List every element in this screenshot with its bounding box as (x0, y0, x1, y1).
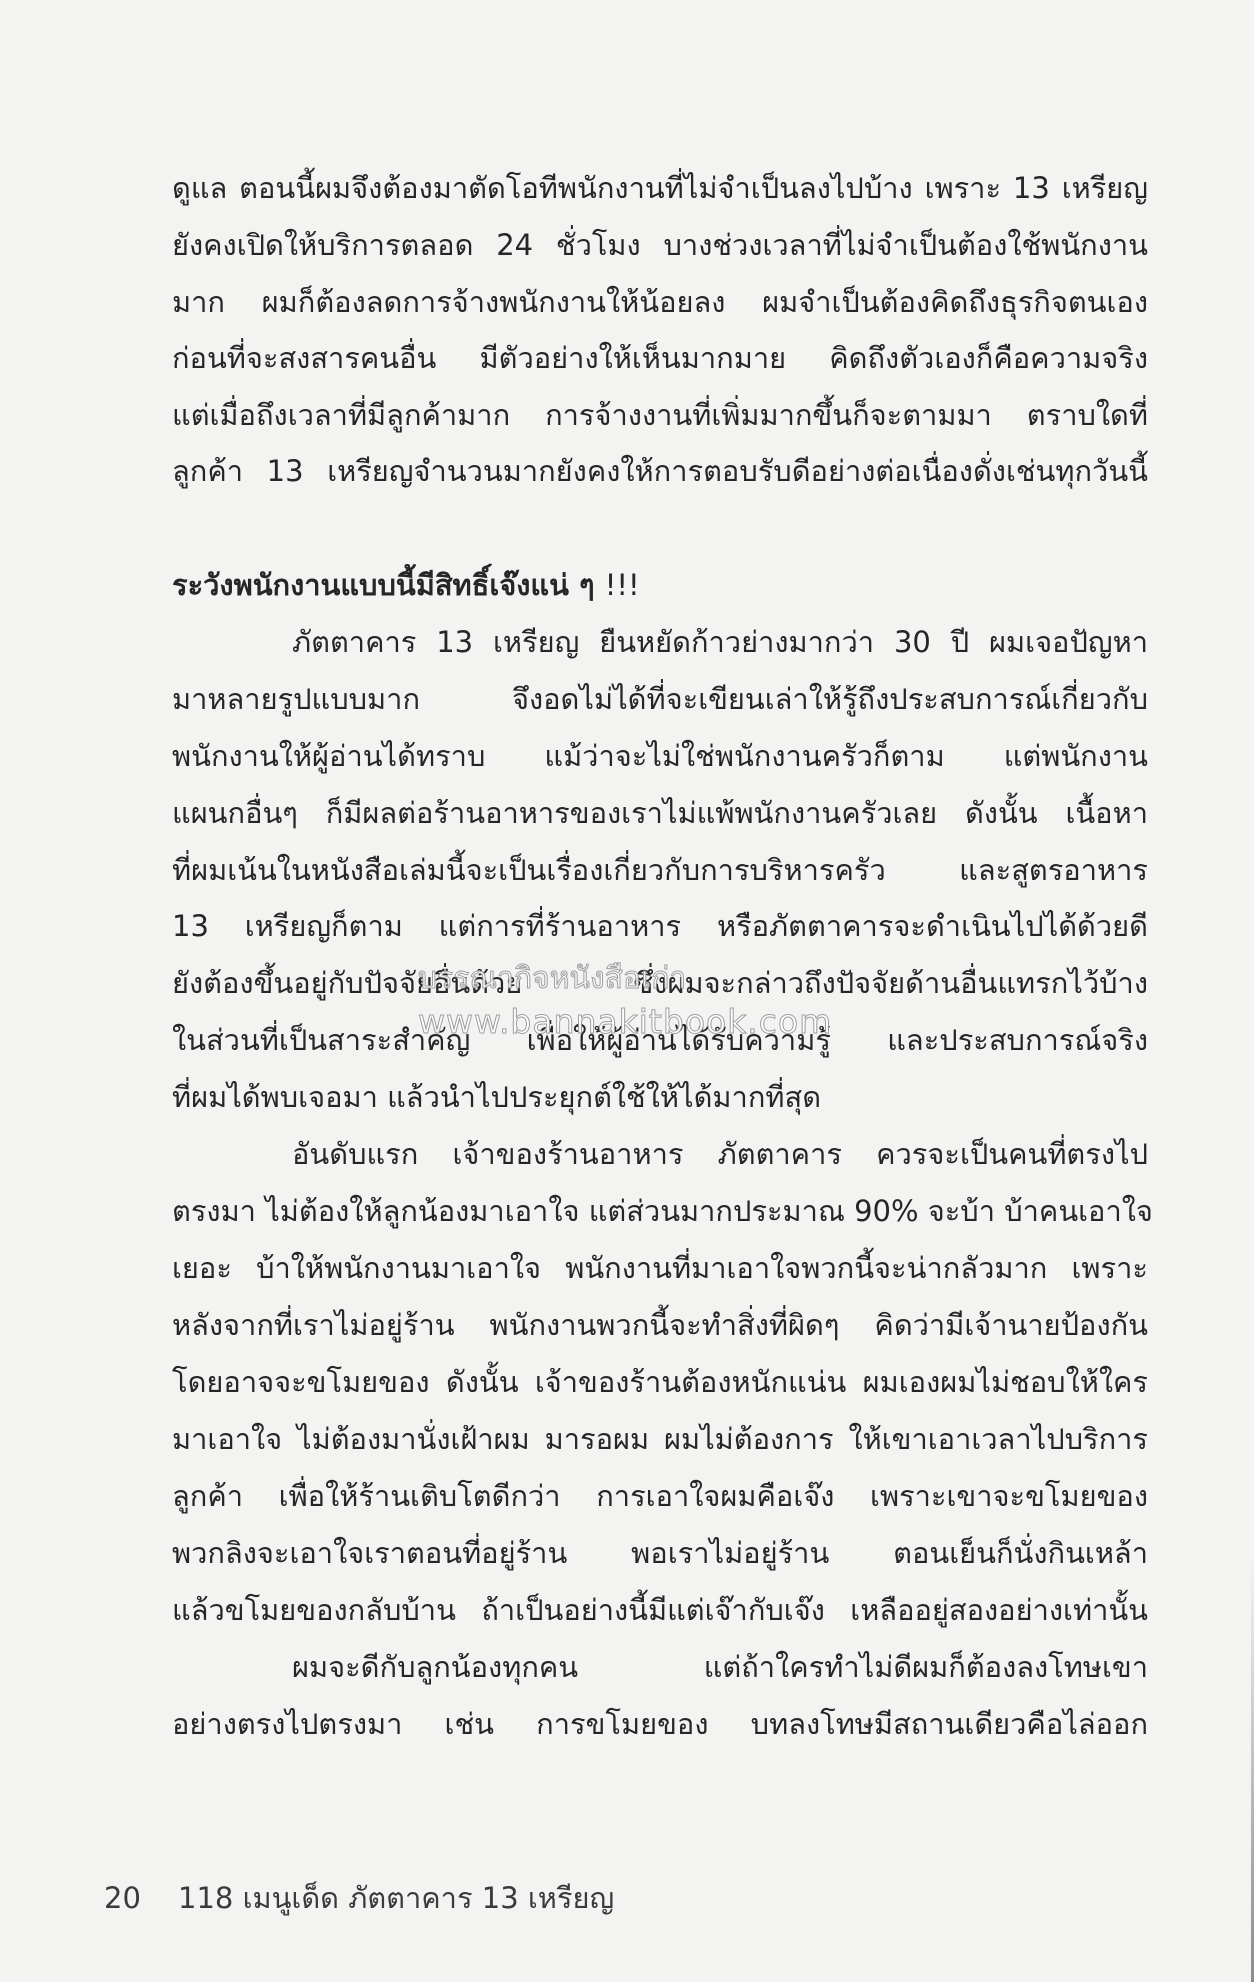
text-line: ก่อนที่จะสงสารคนอื่น มีตัวอย่างให้เห็นมา… (172, 338, 1148, 378)
text-line: ยังคงเปิดให้บริการตลอด 24 ชั่วโมง บางช่ว… (172, 225, 1148, 265)
section-heading: ระวังพนักงานแบบนี้มีสิทธิ์เจ๊งแน่ ๆ !!! (172, 565, 640, 605)
text-line: ดูแล ตอนนี้ผมจึงต้องมาตัดโอทีพนักงานที่ไ… (172, 168, 1148, 208)
text-line: แล้วขโมยของกลับบ้าน ถ้าเป็นอย่างนี้มีแต่… (172, 1590, 1148, 1630)
text-line: ภัตตาคาร 13 เหรียญ ยืนหยัดก้าวย่างมากว่า… (292, 622, 1148, 662)
text-line: มาก ผมก็ต้องลดการจ้างพนักงานให้น้อยลง ผม… (172, 282, 1148, 322)
text-line: 13 เหรียญก็ตาม แต่การที่ร้านอาหาร หรือภั… (172, 906, 1148, 946)
text-line: ตรงมา ไม่ต้องให้ลูกน้องมาเอาใจ แต่ส่วนมา… (172, 1191, 1148, 1231)
text-line: ลูกค้า 13 เหรียญจำนวนมากยังคงให้การตอบรั… (172, 451, 1148, 491)
section-heading-text: ระวังพนักงานแบบนี้มีสิทธิ์เจ๊งแน่ ๆ (172, 568, 595, 602)
text-line: แผนกอื่นๆ ก็มีผลต่อร้านอาหารของเราไม่แพ้… (172, 793, 1148, 833)
text-line: อันดับแรก เจ้าของร้านอาหาร ภัตตาคาร ควรจ… (292, 1134, 1148, 1174)
text-line: พวกลิงจะเอาใจเราตอนที่อยู่ร้าน พอเราไม่อ… (172, 1533, 1148, 1573)
text-line: มาหลายรูปแบบมาก จึงอดไม่ได้ที่จะเขียนเล่… (172, 679, 1148, 719)
page-number: 20 (104, 1878, 178, 1918)
text-line: ที่ผมเน้นในหนังสือเล่มนี้จะเป็นเรื่องเกี… (172, 850, 1148, 890)
text-line: เยอะ บ้าให้พนักงานมาเอาใจ พนักงานที่มาเอ… (172, 1248, 1148, 1288)
watermark-url: www.bannakitbook.com (418, 1002, 832, 1041)
text-line: แต่เมื่อถึงเวลาที่มีลูกค้ามาก การจ้างงาน… (172, 395, 1148, 435)
text-line: มาเอาใจ ไม่ต้องมานั่งเฝ้าผม มารอผม ผมไม่… (172, 1419, 1148, 1459)
text-line: ผมจะดีกับลูกน้องทุกคน แต่ถ้าใครทำไม่ดีผม… (292, 1647, 1148, 1687)
section-heading-suffix: !!! (605, 568, 640, 602)
page-footer: 20118 เมนูเด็ด ภัตตาคาร 13 เหรียญ (104, 1878, 614, 1918)
text-line: หลังจากที่เราไม่อยู่ร้าน พนักงานพวกนี้จะ… (172, 1305, 1148, 1345)
book-title: 118 เมนูเด็ด ภัตตาคาร 13 เหรียญ (178, 1881, 614, 1915)
text-line: พนักงานให้ผู้อ่านได้ทราบ แม้ว่าจะไม่ใช่พ… (172, 736, 1148, 776)
text-line: โดยอาจจะขโมยของ ดังนั้น เจ้าของร้านต้องห… (172, 1362, 1148, 1402)
text-line: ลูกค้า เพื่อให้ร้านเติบโตดีกว่า การเอาใจ… (172, 1476, 1148, 1516)
text-line: อย่างตรงไปตรงมา เช่น การขโมยของ บทลงโทษม… (172, 1704, 1148, 1744)
text-line: ที่ผมได้พบเจอมา แล้วนำไปประยุกต์ใช้ให้ได… (172, 1077, 1148, 1117)
watermark-shop-name: บรรณากิจหนังสือเก่า (418, 955, 686, 1002)
